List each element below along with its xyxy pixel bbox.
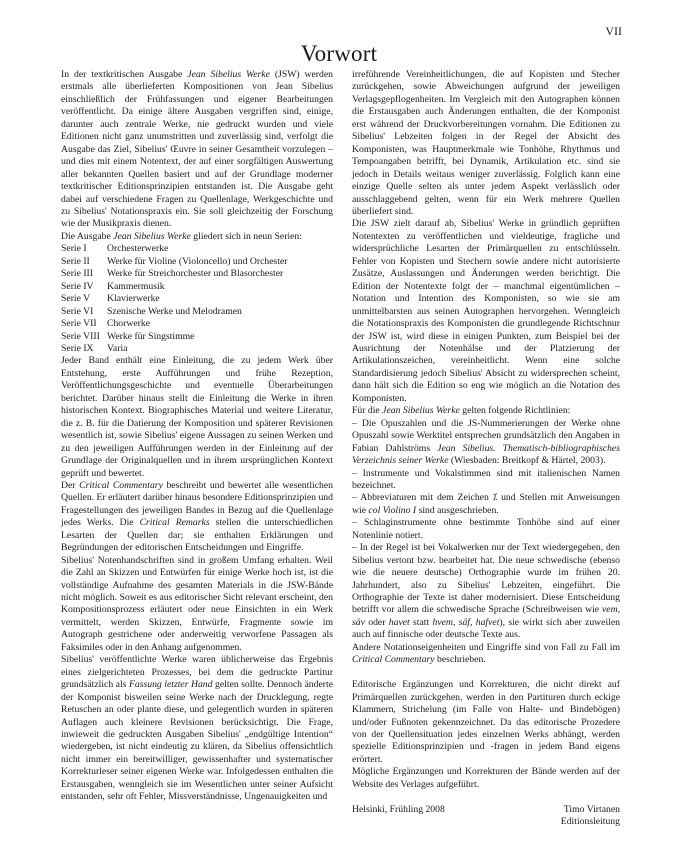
series-number: Serie III bbox=[61, 268, 107, 280]
series-number: Serie VI bbox=[61, 306, 107, 318]
guideline-percussion: – Schlaginstrumente ohne bestimmte Tonhö… bbox=[352, 517, 620, 542]
italic-title: säf bbox=[459, 617, 470, 628]
series-number: Serie I bbox=[61, 243, 107, 255]
italic-title: Fassung letzter Hand bbox=[129, 679, 213, 690]
series-number: Serie V bbox=[61, 293, 107, 305]
series-name: Werke für Violine (Violoncello) und Orch… bbox=[107, 256, 288, 268]
italic-title: havet bbox=[389, 617, 410, 628]
series-name: Werke für Singstimme bbox=[107, 331, 194, 343]
series-item: Serie VISzenische Werke und Melodramen bbox=[61, 306, 333, 318]
jsw-aims-paragraph: Die JSW zielt darauf ab, Sibelius' Werke… bbox=[352, 218, 620, 405]
published-works-paragraph: Sibelius' veröffentlichte Werke waren üb… bbox=[61, 654, 333, 803]
series-name: Orchesterwerke bbox=[107, 243, 168, 255]
signer-role: Editionsleitung bbox=[561, 816, 620, 827]
signoff: Helsinki, Frühling 2008 Timo Virtanen Ed… bbox=[352, 804, 620, 829]
italic-title: vem bbox=[602, 604, 618, 615]
italic-title: Jean Sibelius Werke bbox=[187, 69, 270, 80]
series-name: Klavierwerke bbox=[107, 293, 160, 305]
italic-title: säv bbox=[352, 617, 365, 628]
series-intro: Die Ausgabe Jean Sibelius Werke gliedert… bbox=[61, 231, 333, 243]
series-item: Serie IVKammermusik bbox=[61, 281, 333, 293]
italic-title: Critical Commentary bbox=[79, 480, 163, 491]
italic-title: col Violino I bbox=[368, 505, 416, 516]
italic-title: Critical Commentary bbox=[352, 654, 435, 665]
series-name: Kammermusik bbox=[107, 281, 165, 293]
series-name: Werke für Streichorchester und Blasorche… bbox=[107, 268, 283, 280]
italic-title: Critical Remarks bbox=[140, 517, 210, 528]
series-number: Serie IV bbox=[61, 281, 107, 293]
intro-paragraph: In der textkritischen Ausgabe Jean Sibel… bbox=[61, 69, 333, 231]
series-item: Serie IIIWerke für Streichorchester und … bbox=[61, 268, 333, 280]
series-number: Serie VII bbox=[61, 318, 107, 330]
series-name: Szenische Werke und Melodramen bbox=[107, 306, 242, 318]
notation-paragraph: Andere Notationseigenheiten und Eingriff… bbox=[352, 642, 620, 667]
signer: Timo Virtanen Editionsleitung bbox=[561, 804, 620, 829]
series-item: Serie IIWerke für Violine (Violoncello) … bbox=[61, 256, 333, 268]
series-item: Serie VIIChorwerke bbox=[61, 318, 333, 330]
editorial-additions-paragraph: Editorische Ergänzungen und Korrekturen,… bbox=[352, 679, 620, 766]
italic-title: Jean Sibelius. Thematisch-bibliographisc… bbox=[352, 443, 620, 466]
signer-name: Timo Virtanen bbox=[564, 804, 620, 815]
series-name: Chorwerke bbox=[107, 318, 150, 330]
corrections-paragraph: Mögliche Ergänzungen und Korrekturen der… bbox=[352, 766, 620, 791]
guideline-opus-numbers: – Die Opuszahlen und die JS-Nummerierung… bbox=[352, 418, 620, 468]
critical-commentary-paragraph: Der Critical Commentary beschreibt und b… bbox=[61, 480, 333, 555]
series-number: Serie II bbox=[61, 256, 107, 268]
italic-title: hvem bbox=[432, 617, 452, 628]
guidelines-intro: Für die Jean Sibelius Werke gelten folge… bbox=[352, 405, 620, 417]
place-date: Helsinki, Frühling 2008 bbox=[352, 804, 445, 829]
page-number: VII bbox=[605, 24, 622, 39]
series-item: Serie VKlavierwerke bbox=[61, 293, 333, 305]
italic-title: Jean Sibelius Werke bbox=[382, 405, 460, 416]
continued-paragraph: irreführende Vereinheitlichungen, die au… bbox=[352, 69, 620, 218]
series-item: Serie IXVaria bbox=[61, 343, 333, 355]
series-number: Serie VIII bbox=[61, 331, 107, 343]
series-number: Serie IX bbox=[61, 343, 107, 355]
volume-content-paragraph: Jeder Band enthält eine Einleitung, die … bbox=[61, 355, 333, 480]
guideline-abbreviations: – Abbreviaturen mit dem Zeichen ⁒ und St… bbox=[352, 492, 620, 517]
guideline-vocal-texts: – In der Regel ist bei Vokalwerken nur d… bbox=[352, 542, 620, 642]
series-item: Serie VIIIWerke für Singstimme bbox=[61, 331, 333, 343]
italic-title: hafvet bbox=[476, 617, 500, 628]
guideline-instruments: – Instrumente und Vokalstimmen sind mit … bbox=[352, 468, 620, 493]
series-item: Serie IOrchesterwerke bbox=[61, 243, 333, 255]
right-column: irreführende Vereinheitlichungen, die au… bbox=[352, 69, 620, 829]
page-title: Vorwort bbox=[0, 41, 678, 67]
series-name: Varia bbox=[107, 343, 127, 355]
left-column: In der textkritischen Ausgabe Jean Sibel… bbox=[61, 69, 333, 804]
italic-title: Jean Sibelius Werke bbox=[113, 231, 191, 242]
manuscripts-paragraph: Sibelius' Notenhandschriften sind in gro… bbox=[61, 555, 333, 655]
series-list: Serie IOrchesterwerkeSerie IIWerke für V… bbox=[61, 243, 333, 355]
